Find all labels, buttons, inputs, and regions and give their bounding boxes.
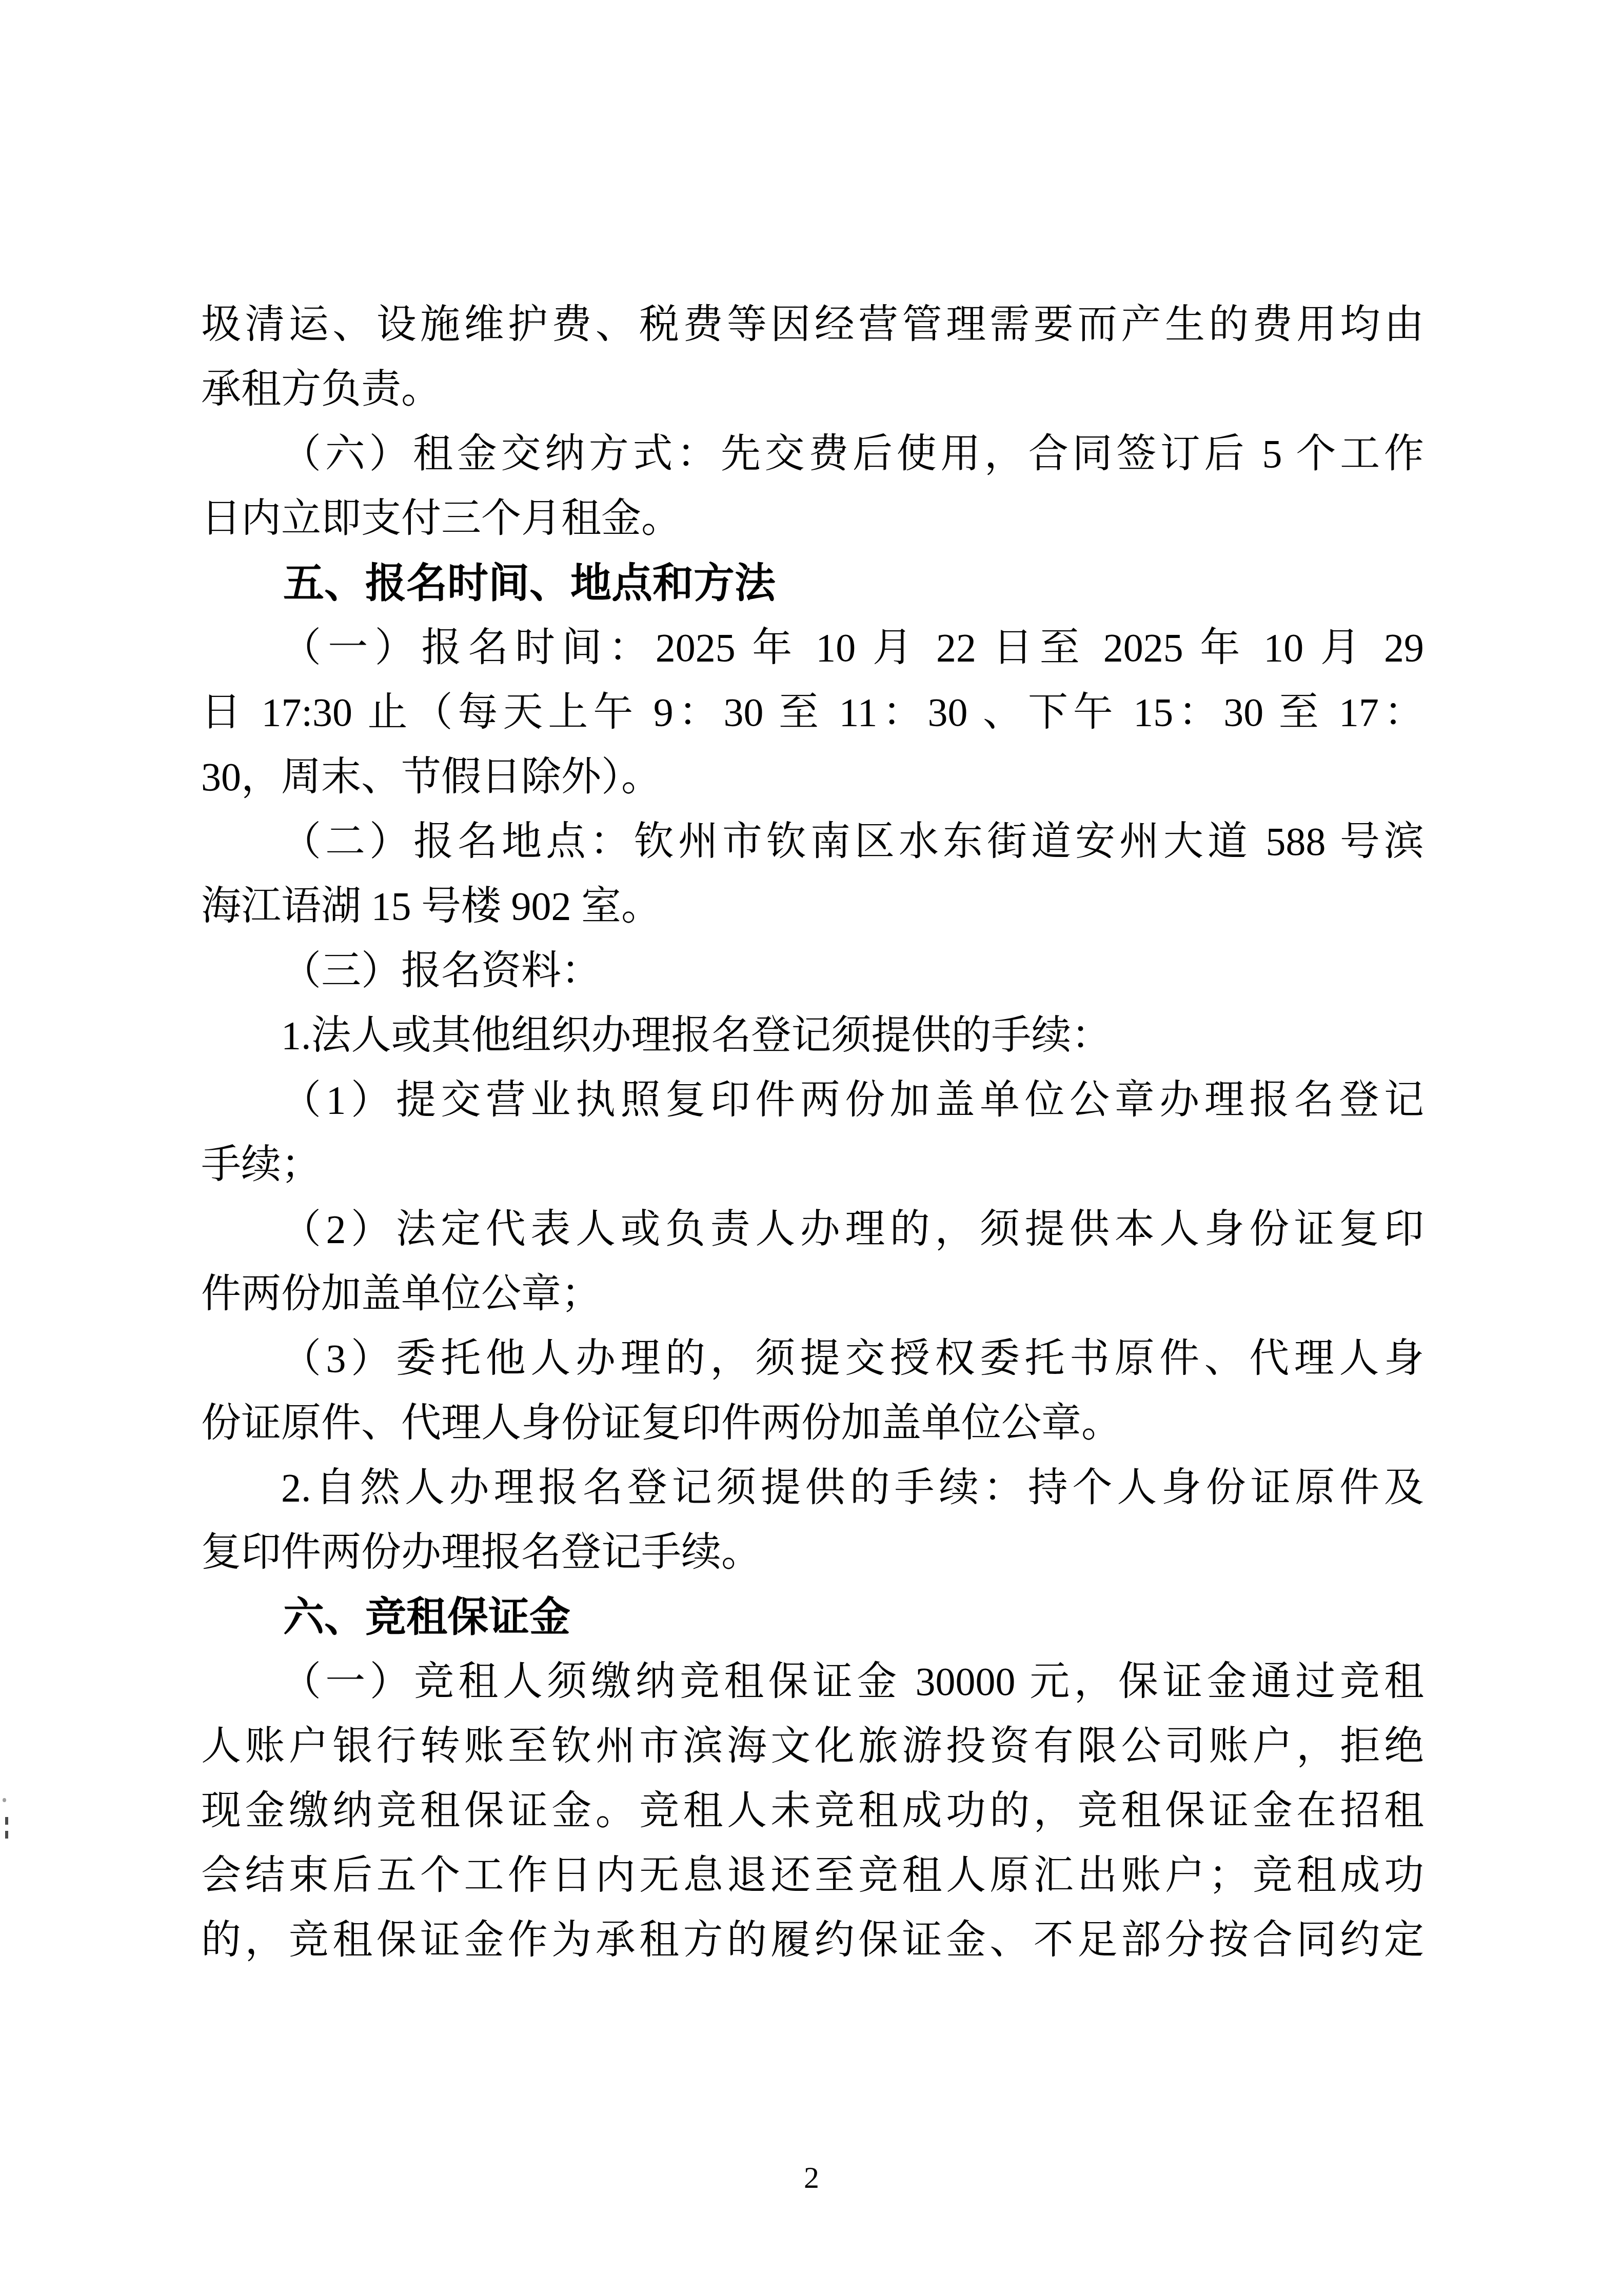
text-line: 海江语湖 15 号楼 902 室。 — [201, 874, 1424, 939]
text-line: （3）委托他人办理的，须提交授权委托书原件、代理人身 — [201, 1326, 1424, 1391]
text-line: 人账户银行转账至钦州市滨海文化旅游投资有限公司账户，拒绝 — [201, 1714, 1424, 1779]
text-line: （一）竞租人须缴纳竞租保证金 30000 元，保证金通过竞租 — [201, 1649, 1424, 1714]
text-line: 份证原件、代理人身份证复印件两份加盖单位公章。 — [201, 1391, 1424, 1455]
text-line: 件两份加盖单位公章； — [201, 1262, 1424, 1326]
text-line: 日内立即支付三个月租金。 — [201, 486, 1424, 551]
text-line: 圾清运、设施维护费、税费等因经营管理需要而产生的费用均由 — [201, 292, 1424, 357]
text-line: 承租方负责。 — [201, 357, 1424, 422]
scan-artifact — [5, 1831, 8, 1839]
text-line: （1）提交营业执照复印件两份加盖单位公章办理报名登记 — [201, 1068, 1424, 1132]
text-line: 日 17:30 止（每天上午 9：30 至 11：30 、下午 15：30 至 … — [201, 680, 1424, 745]
text-line: （2）法定代表人或负责人办理的，须提供本人身份证复印 — [201, 1197, 1424, 1262]
text-line: （二）报名地点：钦州市钦南区水东街道安州大道 588 号滨 — [201, 809, 1424, 874]
text-line: 2.自然人办理报名登记须提供的手续：持个人身份证原件及 — [201, 1455, 1424, 1520]
scan-artifact — [5, 1817, 8, 1825]
text-line: 的，竞租保证金作为承租方的履约保证金、不足部分按合同约定 — [201, 1908, 1424, 1972]
text-line: 复印件两份办理报名登记手续。 — [201, 1520, 1424, 1585]
text-line: 1.法人或其他组织办理报名登记须提供的手续： — [201, 1003, 1424, 1068]
section-heading: 六、竞租保证金 — [201, 1585, 1424, 1649]
page-number: 2 — [0, 2160, 1623, 2195]
scan-artifact — [3, 1798, 6, 1802]
document-page: 圾清运、设施维护费、税费等因经营管理需要而产生的费用均由 承租方负责。 （六）租… — [0, 0, 1623, 2296]
text-line: 30，周末、节假日除外）。 — [201, 745, 1424, 809]
section-heading: 五、报名时间、地点和方法 — [201, 551, 1424, 615]
text-line: 手续； — [201, 1132, 1424, 1197]
text-line: 现金缴纳竞租保证金。竞租人未竞租成功的，竞租保证金在招租 — [201, 1779, 1424, 1843]
text-line: （三）报名资料： — [201, 939, 1424, 1003]
text-line: （六）租金交纳方式：先交费后使用，合同签订后 5 个工作 — [201, 422, 1424, 486]
document-body: 圾清运、设施维护费、税费等因经营管理需要而产生的费用均由 承租方负责。 （六）租… — [201, 292, 1424, 1972]
text-line: （一）报名时间：2025 年 10 月 22 日至 2025 年 10 月 29 — [201, 615, 1424, 680]
text-line: 会结束后五个工作日内无息退还至竞租人原汇出账户；竞租成功 — [201, 1843, 1424, 1908]
